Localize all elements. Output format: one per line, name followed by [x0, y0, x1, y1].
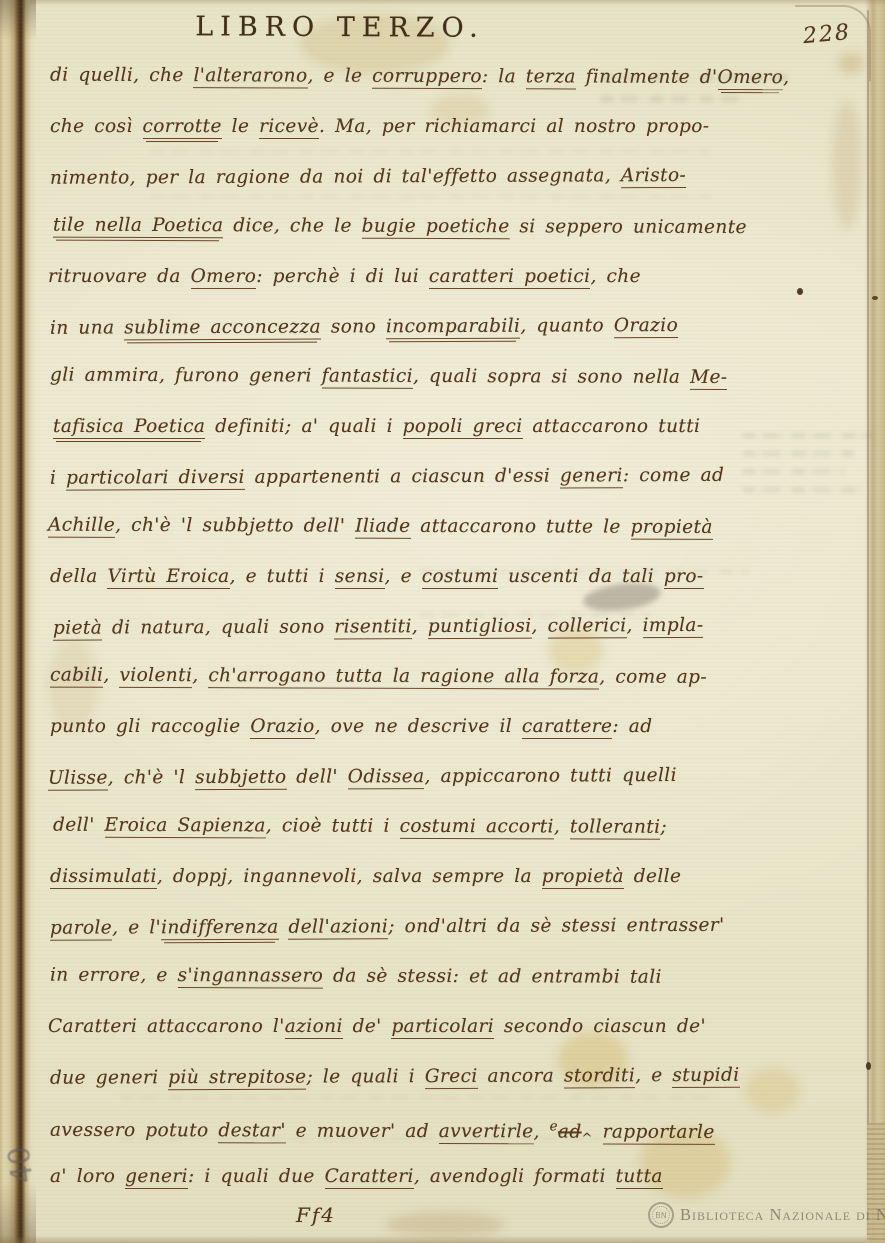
manuscript-word: destar' [218, 1120, 286, 1143]
manuscript-word: di natura, quali sono [102, 617, 334, 639]
manuscript-word: puntigliosi [428, 616, 532, 639]
manuscript-word: azioni [285, 1016, 343, 1039]
manuscript-word: caratteri poetici [429, 266, 591, 289]
manuscript-line: parole, e l'indifferenza dell'azioni; on… [50, 900, 845, 953]
manuscript-word: della [50, 566, 107, 587]
manuscript-word: costumi [422, 566, 499, 589]
manuscript-word: generi [560, 465, 623, 488]
manuscript-word: più strepitose [168, 1067, 306, 1091]
manuscript-line: dissimulati, doppj, ingannevoli, salva s… [50, 852, 845, 902]
manuscript-word: , ch'è 'l subbjetto dell' [115, 515, 355, 537]
manuscript-word: fantastici [322, 366, 413, 389]
manuscript-line: due generi più strepitose; le quali i Gr… [50, 1050, 845, 1103]
manuscript-word: di quelli, che [50, 65, 194, 87]
manuscript-word: nimento, per la ragione da noi di tal'ef… [50, 165, 621, 188]
manuscript-word: dell'azioni [288, 916, 388, 939]
manuscript-word: Caratteri [325, 1166, 414, 1189]
manuscript-word: e [550, 1119, 558, 1134]
manuscript-word: corruppero [372, 66, 482, 89]
manuscript-line: ritruovare da Omero: perchè i di lui car… [48, 252, 845, 302]
manuscript-word: carattere [522, 716, 612, 739]
manuscript-word: cabili [50, 665, 103, 688]
manuscript-word: Achille [48, 515, 115, 538]
manuscript-word: attaccarono tutti [523, 416, 701, 437]
manuscript-word: in errore, e [50, 965, 178, 986]
manuscript-word: tile nella Poetica [53, 215, 224, 239]
manuscript-word: punto gli raccoglie [50, 716, 250, 737]
manuscript-word: , quanto [520, 315, 614, 336]
manuscript-word: , [783, 67, 789, 88]
manuscript-word: da sè stessi: et ad entrambi tali [323, 966, 662, 988]
manuscript-word: parole [50, 917, 112, 940]
manuscript-word: , ove ne descrive il [315, 716, 522, 737]
manuscript-word: avessero potuto [50, 1120, 218, 1142]
manuscript-line: punto gli raccoglie Orazio, ove ne descr… [50, 702, 845, 752]
manuscript-word: propietà [542, 866, 624, 889]
manuscript-word: dissimulati [50, 866, 157, 889]
library-watermark: Biblioteca Nazionale di Napoli [648, 1198, 885, 1232]
manuscript-word: e muover' ad [286, 1121, 439, 1143]
manuscript-word: collerici [548, 615, 627, 638]
manuscript-word: : perchè i di lui [256, 266, 429, 287]
manuscript-word: pro- [664, 566, 704, 589]
manuscript-word: , appiccarono tutti quelli [424, 765, 677, 787]
manuscript-line: Caratteri attaccarono l'azioni de' parti… [48, 1002, 845, 1052]
manuscript-word: s'ingannassero [178, 965, 324, 989]
manuscript-word: , ch'è 'l [108, 767, 195, 788]
manuscript-line: in una sublime acconcezza sono incompara… [50, 300, 845, 353]
quire-signature: Ff4 [296, 1203, 336, 1227]
manuscript-word: delle [624, 866, 681, 887]
manuscript-word: risentiti [334, 616, 412, 639]
page-top-edge [30, 0, 885, 6]
manuscript-word: Me- [690, 367, 727, 390]
manuscript-line: a' loro generi: i quali due Caratteri, a… [50, 1152, 845, 1202]
gutter-shadow [0, 0, 36, 1243]
manuscript-line: pietà di natura, quali sono risentiti, p… [53, 600, 845, 653]
manuscript-word: l'alterarono [193, 65, 307, 88]
manuscript-word: , e l' [112, 917, 161, 938]
manuscript-word: Aristo- [621, 165, 686, 188]
manuscript-word: due generi [50, 1067, 168, 1089]
manuscript-line: i particolari diversi appartenenti a cia… [50, 450, 845, 503]
page-number: 228 [802, 20, 852, 49]
page-edge-line [867, 10, 869, 1235]
manuscript-word: , [534, 1121, 550, 1142]
manuscript-word: sensi [335, 566, 385, 589]
manuscript-word: finalmente d' [576, 66, 718, 87]
manuscript-word: costumi accorti [400, 816, 554, 840]
manuscript-word: : la [482, 66, 526, 87]
manuscript-word: , [531, 616, 547, 637]
manuscript-word: Orazio [250, 716, 314, 739]
manuscript-word: , che [590, 266, 641, 287]
manuscript-line: della Virtù Eroica, e tutti i sensi, e c… [50, 552, 845, 602]
manuscript-word: ad [558, 1122, 582, 1143]
manuscript-word: appartenenti a ciascun d'essi [245, 466, 560, 488]
manuscript-word: Iliade [355, 516, 410, 539]
manuscript-word: : ad [612, 716, 652, 737]
manuscript-word: dell' [53, 815, 105, 836]
manuscript-word: , [412, 616, 428, 637]
manuscript-word: corrotte [143, 116, 222, 139]
manuscript-line: Ulisse, ch'è 'l subbjetto dell' Odissea,… [48, 750, 845, 803]
watermark-label: Biblioteca Nazionale di Napoli [680, 1205, 885, 1225]
manuscript-word: , avendogli formati [414, 1166, 616, 1187]
manuscript-word: dell' [286, 766, 347, 787]
manuscript-word: terza [526, 66, 576, 89]
paper-stain [385, 1212, 505, 1237]
manuscript-word: particolari diversi [66, 467, 245, 491]
manuscript-word: , come ap- [599, 667, 707, 688]
manuscript-word: gli ammira, furono generi [50, 365, 322, 387]
manuscript-word: tutta [616, 1166, 663, 1189]
manuscript-word: uscenti da tali [498, 566, 663, 587]
manuscript-word: sono [321, 316, 386, 337]
manuscript-word: , cioè tutti i [266, 815, 400, 836]
manuscript-word: : i quali due [188, 1166, 325, 1187]
manuscript-word: : come ad [623, 465, 725, 486]
manuscript-word: i [50, 468, 66, 489]
ink-speck [872, 296, 878, 300]
manuscript-word: Orazio [614, 315, 678, 338]
manuscript-word: Caratteri attaccarono l' [48, 1016, 285, 1037]
margin-pencil-number: 40 [1, 1145, 39, 1186]
manuscript-word: , [103, 665, 119, 686]
manuscript-word: Omero [718, 67, 784, 90]
manuscript-line: cabili, violenti, ch'arrogano tutta la r… [50, 651, 845, 704]
manuscript-line: di quelli, che l'alterarono, e le corrup… [50, 51, 845, 104]
manuscript-line: tile nella Poetica dice, che le bugie po… [53, 201, 845, 254]
manuscript-word: Virtù Eroica [107, 566, 229, 589]
manuscript-line: dell' Eroica Sapienza, cioè tutti i cost… [53, 801, 845, 854]
manuscript-word: Omero [191, 266, 257, 289]
manuscript-word: tafisica Poetica [53, 416, 205, 439]
library-seal-icon [648, 1202, 674, 1228]
manuscript-word: attaccarono tutte le [410, 516, 630, 538]
manuscript-word: particolari [391, 1016, 494, 1039]
manuscript-word: che così [50, 116, 143, 137]
manuscript-word: secondo ciascun de' [494, 1016, 706, 1037]
manuscript-line: tafisica Poetica definiti; a' quali i po… [53, 402, 845, 452]
manuscript-word: tolleranti [570, 816, 661, 839]
manuscript-word: , e le [307, 66, 372, 87]
manuscript-word: popoli greci [403, 416, 523, 439]
manuscript-word: Eroica Sapienza [104, 815, 265, 839]
manuscript-line: Achille, ch'è 'l subbjetto dell' Iliade … [48, 501, 845, 554]
manuscript-word: . Ma, per richiamarci al nostro propo- [319, 116, 710, 137]
manuscript-line: nimento, per la ragione da noi di tal'ef… [50, 150, 845, 203]
manuscript-word: , [192, 665, 208, 686]
manuscript-word: , e tutti i [230, 566, 335, 587]
manuscript-word: le [222, 116, 259, 137]
manuscript-word: , e [635, 1065, 672, 1086]
page-bottom-edge [0, 1235, 885, 1243]
manuscript-word: generi [125, 1166, 188, 1189]
manuscript-word: Greci [425, 1066, 478, 1089]
manuscript-word: storditi [564, 1065, 635, 1088]
manuscript-word: , quali sopra si sono nella [413, 366, 690, 388]
manuscript-word: impla- [643, 615, 704, 638]
manuscript-word: stupidi [672, 1065, 739, 1088]
manuscript-word: ^ [582, 1131, 593, 1146]
manuscript-word: ritruovare da [48, 266, 191, 287]
manuscript-word: rapportarle [603, 1122, 715, 1145]
manuscript-word: Odissea [348, 766, 425, 789]
manuscript-line: avessero potuto destar' e muover' ad avv… [50, 1101, 845, 1154]
manuscript-word: avvertirle [439, 1121, 534, 1144]
manuscript-line: gli ammira, furono generi fantastici, qu… [50, 351, 845, 404]
manuscript-line: in errore, e s'ingannassero da sè stessi… [50, 951, 845, 1004]
manuscript-word: incomparabili [386, 316, 521, 340]
manuscript-word: dice, che le [223, 215, 361, 236]
manuscript-word: , doppj, ingannevoli, salva sempre la [157, 866, 542, 887]
manuscript-word: si seppero unicamente [510, 216, 747, 238]
page-title: LIBRO TERZO. [160, 11, 520, 44]
manuscript-word: ; [660, 817, 667, 838]
manuscript-word: subbjetto [195, 767, 286, 790]
manuscript-word: in una [50, 317, 124, 338]
manuscript-page: LIBRO TERZO. 228 di quelli, che l'altera… [0, 0, 885, 1243]
manuscript-word: violenti [119, 665, 192, 688]
manuscript-word: ; le quali i [306, 1066, 424, 1088]
manuscript-line: che così corrotte le ricevè. Ma, per ric… [50, 102, 845, 152]
manuscript-word: ch'arrogano tutta la ragione alla forza [208, 665, 599, 689]
manuscript-word: ; ond'altri da sè stessi entrasser' [388, 915, 724, 937]
manuscript-word [593, 1122, 603, 1143]
manuscript-word: ricevè [259, 116, 319, 139]
manuscript-word: , e [385, 566, 422, 587]
manuscript-word: a' loro [50, 1166, 125, 1187]
manuscript-word: definiti; a' quali i [205, 416, 402, 437]
manuscript-lines: di quelli, che l'alterarono, e le corrup… [50, 52, 845, 1202]
manuscript-word: de' [343, 1016, 392, 1037]
manuscript-word: bugie poetiche [362, 216, 510, 240]
manuscript-word: indifferenza [161, 917, 279, 941]
manuscript-word: , [626, 615, 642, 636]
manuscript-word: ancora [478, 1065, 564, 1086]
manuscript-word: Ulisse [48, 767, 108, 790]
ink-speck [866, 1062, 871, 1070]
manuscript-word: , [554, 816, 570, 837]
manuscript-word: propietà [631, 517, 713, 540]
manuscript-word: sublime acconcezza [124, 317, 321, 341]
manuscript-word: pietà [53, 618, 102, 641]
